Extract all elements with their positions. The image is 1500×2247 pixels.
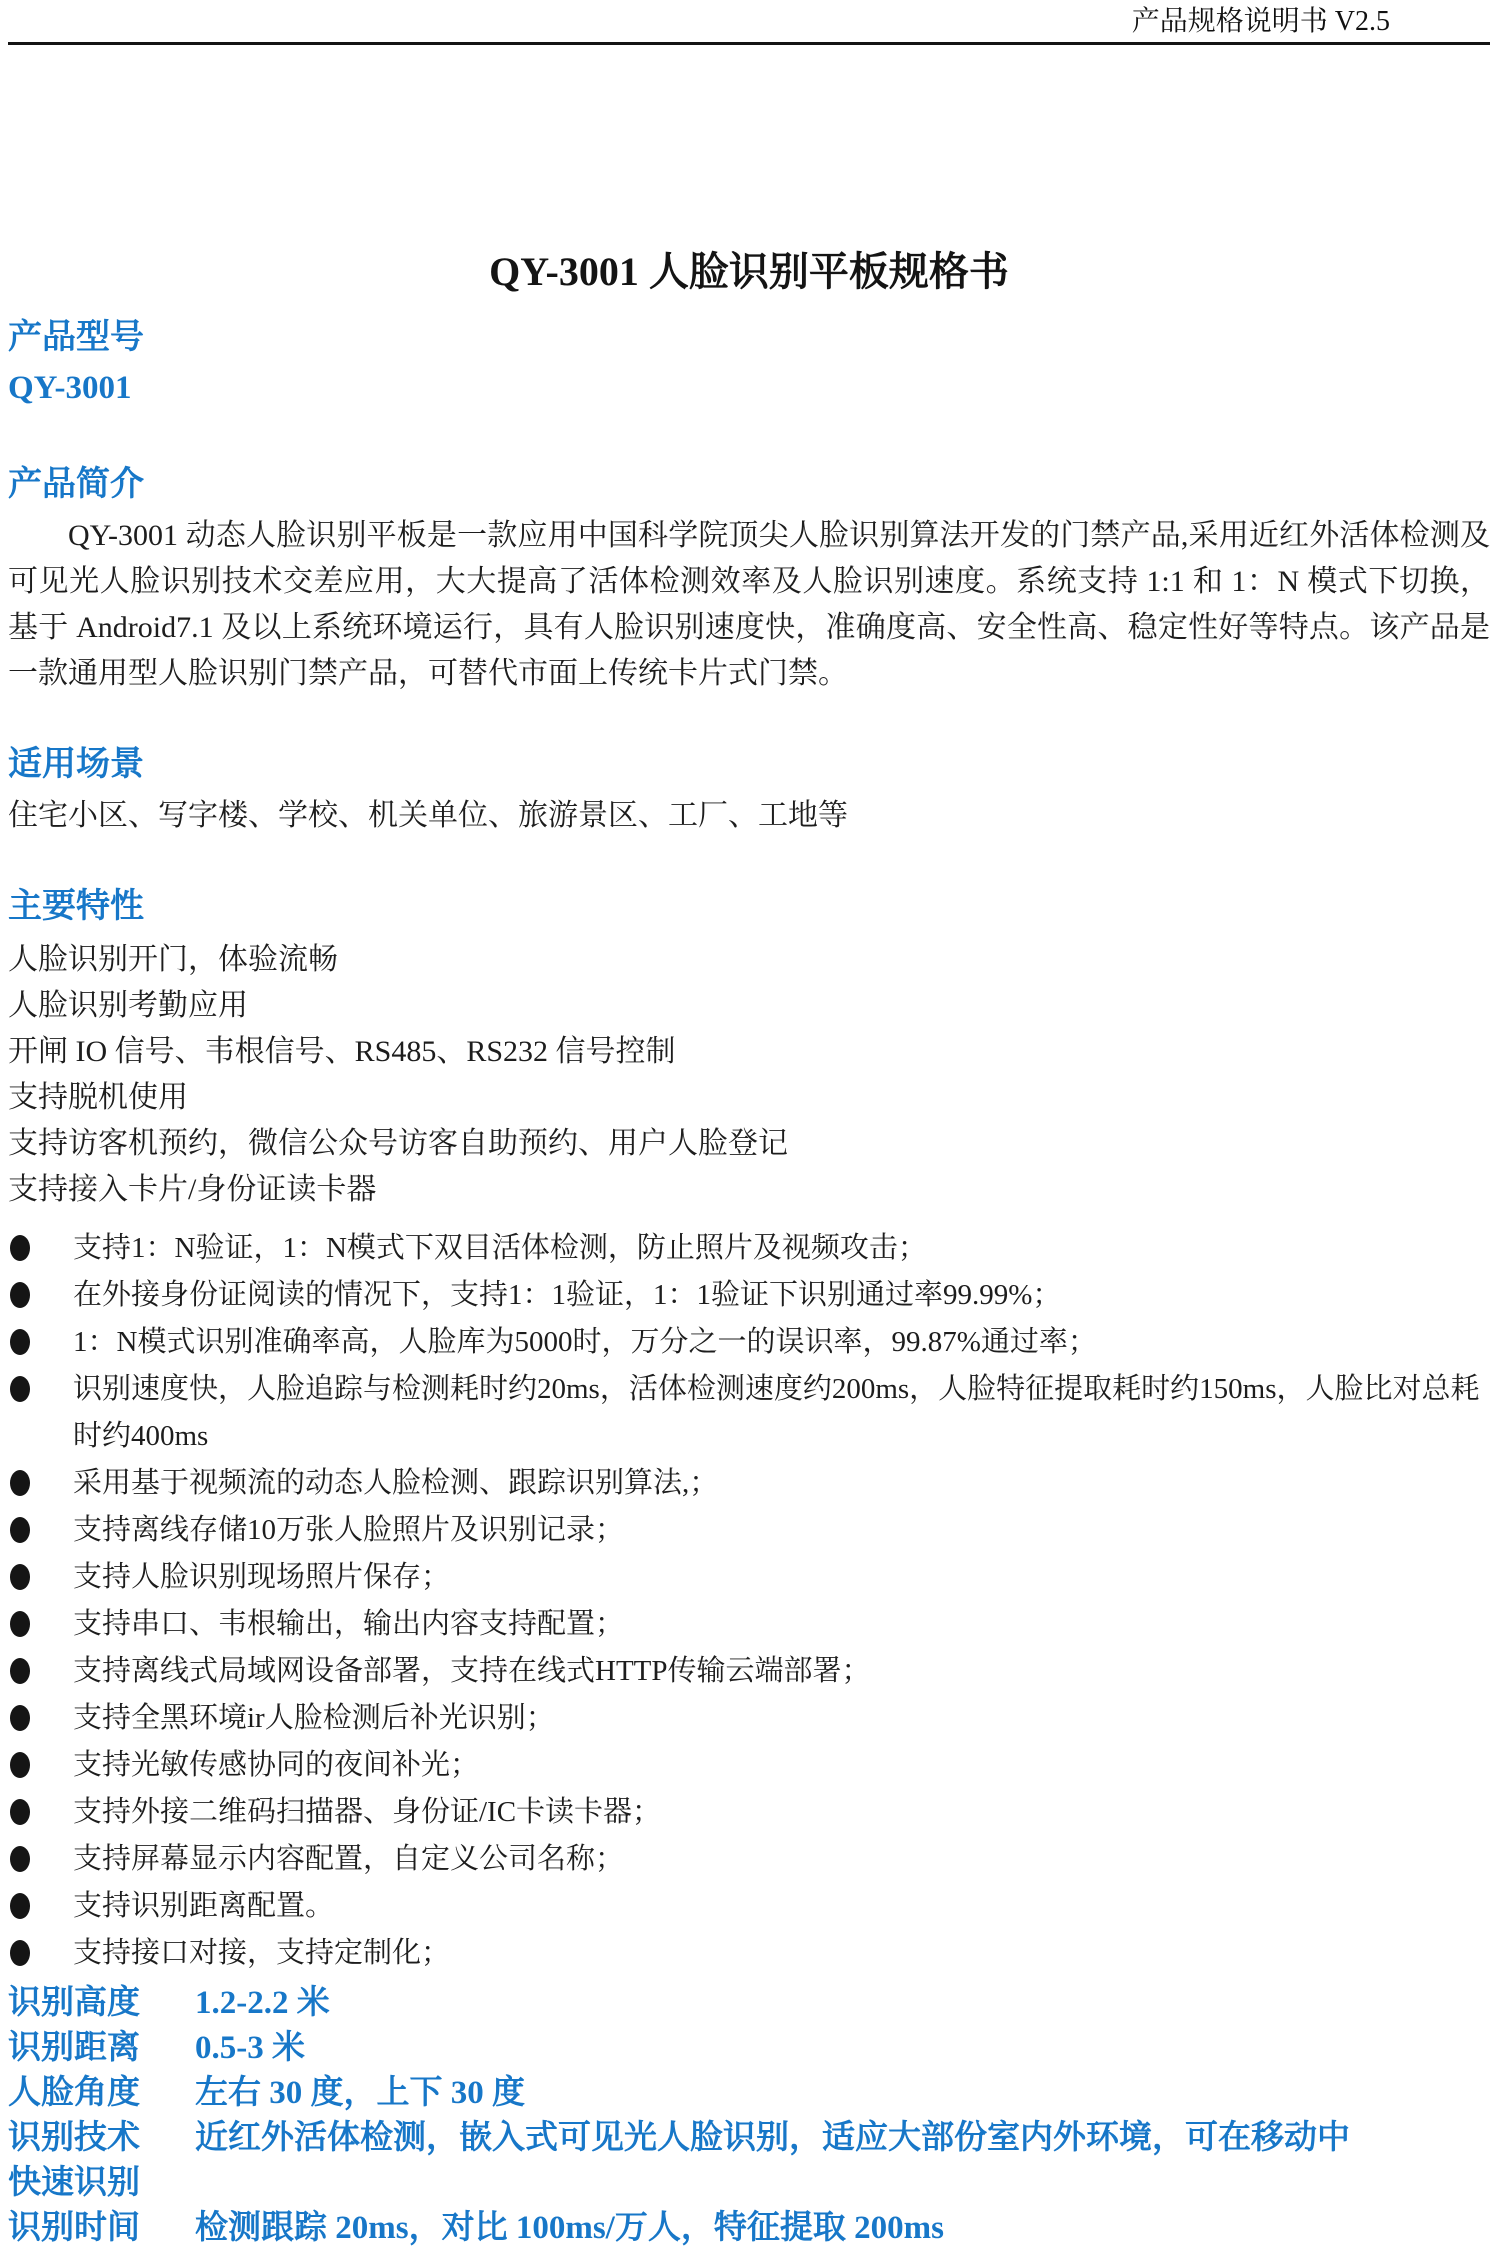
list-item-text: 在外接身份证阅读的情况下，支持1：1验证，1：1验证下识别通过率99.99%； (73, 1272, 1061, 1319)
list-item-text: 支持人脸识别现场照片保存； (73, 1554, 450, 1601)
bullet-icon (10, 1376, 30, 1402)
bullet-icon (10, 1799, 30, 1825)
list-item-text: 支持1：N验证，1：N模式下双目活体检测，防止照片及视频攻击； (73, 1225, 927, 1272)
bullet-icon (10, 1329, 30, 1355)
feature-line: 支持接入卡片/身份证读卡器 (8, 1167, 1490, 1213)
list-item-text: 支持光敏传感协同的夜间补光； (73, 1742, 479, 1789)
list-item-text: 支持全黑环境ir人脸检测后补光识别； (73, 1695, 555, 1742)
list-item: 采用基于视频流的动态人脸检测、跟踪识别算法,； (8, 1460, 1490, 1507)
section-heading-product-model: 产品型号 (8, 318, 1490, 358)
document-header: 产品规格说明书 V2.5 (8, 0, 1490, 38)
product-model-value: QY-3001 (8, 368, 1490, 408)
bullet-icon (10, 1752, 30, 1778)
spec-value: 0.5-3 米 (195, 2026, 1490, 2071)
list-item: 支持串口、韦根输出，输出内容支持配置； (8, 1601, 1490, 1648)
feature-line: 人脸识别开门，体验流畅 (8, 937, 1490, 983)
bullet-icon (10, 1611, 30, 1637)
product-intro-paragraph: QY-3001 动态人脸识别平板是一款应用中国科学院顶尖人脸识别算法开发的门禁产… (8, 513, 1490, 697)
list-item: 支持接口对接，支持定制化； (8, 1930, 1490, 1977)
list-item-text: 支持接口对接，支持定制化； (73, 1930, 450, 1977)
section-heading-features: 主要特性 (8, 887, 1490, 927)
bullet-icon (10, 1517, 30, 1543)
scenarios-text: 住宅小区、写字楼、学校、机关单位、旅游景区、工厂、工地等 (8, 795, 1490, 837)
spec-label: 人脸角度 (8, 2071, 195, 2116)
list-item: 1：N模式识别准确率高，人脸库为5000时，万分之一的误识率，99.87%通过率… (8, 1319, 1490, 1366)
bullet-icon (10, 1470, 30, 1496)
list-item-text: 支持识别距离配置。 (73, 1883, 334, 1930)
feature-line: 人脸识别考勤应用 (8, 983, 1490, 1029)
header-doc-title: 产品规格说明书 V2.5 (1132, 6, 1390, 38)
list-item: 识别速度快，人脸追踪与检测耗时约20ms，活体检测速度约200ms，人脸特征提取… (8, 1366, 1490, 1460)
bullet-icon (10, 1282, 30, 1308)
bullet-icon (10, 1940, 30, 1966)
feature-line: 支持脱机使用 (8, 1075, 1490, 1121)
spec-label: 识别高度 (8, 1981, 195, 2026)
list-item: 支持识别距离配置。 (8, 1883, 1490, 1930)
header-divider (8, 42, 1490, 45)
list-item: 支持光敏传感协同的夜间补光； (8, 1742, 1490, 1789)
table-row: 识别技术 近红外活体检测，嵌入式可见光人脸识别，适应大部份室内外环境，可在移动中 (8, 2116, 1490, 2161)
section-heading-scenarios: 适用场景 (8, 745, 1490, 785)
spec-table: 识别高度 1.2-2.2 米 识别距离 0.5-3 米 人脸角度 左右 30 度… (8, 1981, 1490, 2247)
spec-document-page: 产品规格说明书 V2.5 QY-3001 人脸识别平板规格书 产品型号 QY-3… (0, 0, 1500, 2247)
spec-value: 近红外活体检测，嵌入式可见光人脸识别，适应大部份室内外环境，可在移动中 (195, 2116, 1490, 2161)
list-item: 支持离线式局域网设备部署，支持在线式HTTP传输云端部署； (8, 1648, 1490, 1695)
table-row: 人脸角度 左右 30 度，上下 30 度 (8, 2071, 1490, 2116)
spec-value: 左右 30 度，上下 30 度 (195, 2071, 1490, 2116)
list-item-text: 支持外接二维码扫描器、身份证/IC卡读卡器； (73, 1789, 661, 1836)
table-row: 识别高度 1.2-2.2 米 (8, 1981, 1490, 2026)
list-item: 支持离线存储10万张人脸照片及识别记录； (8, 1507, 1490, 1554)
list-item: 支持屏幕显示内容配置，自定义公司名称； (8, 1836, 1490, 1883)
feature-bullet-list: 支持1：N验证，1：N模式下双目活体检测，防止照片及视频攻击； 在外接身份证阅读… (8, 1225, 1490, 1977)
bullet-icon (10, 1658, 30, 1684)
page-title: QY-3001 人脸识别平板规格书 (8, 247, 1490, 297)
spec-label: 识别距离 (8, 2026, 195, 2071)
bullet-icon (10, 1846, 30, 1872)
bullet-icon (10, 1564, 30, 1590)
bullet-icon (10, 1893, 30, 1919)
feature-line: 支持访客机预约，微信公众号访客自助预约、用户人脸登记 (8, 1121, 1490, 1167)
list-item-text: 识别速度快，人脸追踪与检测耗时约20ms，活体检测速度约200ms，人脸特征提取… (73, 1366, 1490, 1460)
section-heading-product-intro: 产品简介 (8, 465, 1490, 505)
feature-plain-lines: 人脸识别开门，体验流畅 人脸识别考勤应用 开闸 IO 信号、韦根信号、RS485… (8, 937, 1490, 1213)
spec-value: 1.2-2.2 米 (195, 1981, 1490, 2026)
bullet-icon (10, 1705, 30, 1731)
list-item-text: 支持串口、韦根输出，输出内容支持配置； (73, 1601, 624, 1648)
spec-label: 识别时间 (8, 2206, 195, 2247)
spec-value: 检测跟踪 20ms，对比 100ms/万人，特征提取 200ms (195, 2206, 1490, 2247)
list-item: 在外接身份证阅读的情况下，支持1：1验证，1：1验证下识别通过率99.99%； (8, 1272, 1490, 1319)
list-item: 支持全黑环境ir人脸检测后补光识别； (8, 1695, 1490, 1742)
list-item-text: 支持屏幕显示内容配置，自定义公司名称； (73, 1836, 624, 1883)
bullet-icon (10, 1235, 30, 1261)
list-item: 支持外接二维码扫描器、身份证/IC卡读卡器； (8, 1789, 1490, 1836)
list-item: 支持1：N验证，1：N模式下双目活体检测，防止照片及视频攻击； (8, 1225, 1490, 1272)
list-item-text: 采用基于视频流的动态人脸检测、跟踪识别算法,； (73, 1460, 718, 1507)
list-item: 支持人脸识别现场照片保存； (8, 1554, 1490, 1601)
list-item-text: 支持离线式局域网设备部署，支持在线式HTTP传输云端部署； (73, 1648, 871, 1695)
list-item-text: 1：N模式识别准确率高，人脸库为5000时，万分之一的误识率，99.87%通过率… (73, 1319, 1097, 1366)
list-item-text: 支持离线存储10万张人脸照片及识别记录； (73, 1507, 624, 1554)
table-row: 识别距离 0.5-3 米 (8, 2026, 1490, 2071)
spec-label: 识别技术 (8, 2116, 195, 2161)
spec-value-continuation: 快速识别 (8, 2161, 1490, 2206)
table-row: 识别时间 检测跟踪 20ms，对比 100ms/万人，特征提取 200ms (8, 2206, 1490, 2247)
feature-line: 开闸 IO 信号、韦根信号、RS485、RS232 信号控制 (8, 1029, 1490, 1075)
